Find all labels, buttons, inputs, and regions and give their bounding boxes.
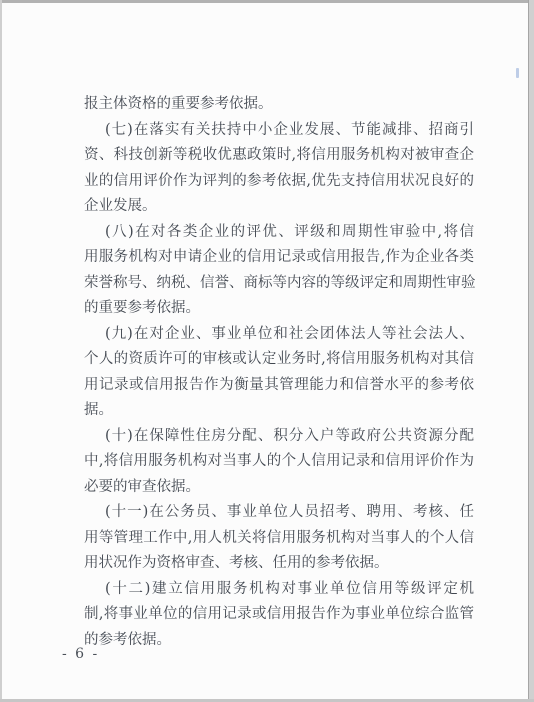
doc-line: 用状况作为资格审查、考核、任用的参考依据。 (84, 551, 474, 577)
doc-line: 中,将信用服务机构对当事人的个人信用记录和信用评价作为 (84, 449, 474, 475)
doc-line: (十)在保障性住房分配、积分入户等政府公共资源分配 (84, 424, 474, 450)
doc-line: 用等管理工作中,用人机关将信用服务机构对当事人的个人信 (84, 526, 474, 552)
doc-line: 荣誉称号、纳税、信誉、商标等内容的等级评定和周期性审验 (84, 271, 474, 297)
doc-line: 制,将事业单位的信用记录或信用报告作为事业单位综合监管 (84, 602, 474, 628)
scan-edge-top (0, 0, 534, 3)
document-body: 报主体资格的重要参考依据。 (七)在落实有关扶持中小企业发展、节能减排、招商引 … (84, 92, 474, 653)
scan-edge-right (528, 0, 534, 702)
doc-line: 企业发展。 (84, 194, 474, 220)
doc-line: (十二)建立信用服务机构对事业单位信用等级评定机 (84, 577, 474, 603)
doc-line: 据。 (84, 398, 474, 424)
doc-line: (九)在对企业、事业单位和社会团体法人等社会法人、 (84, 322, 474, 348)
doc-line: 的参考依据。 (84, 628, 474, 654)
doc-line: 用记录或信用报告作为衡量其管理能力和信誉水平的参考依 (84, 373, 474, 399)
doc-line: 个人的资质许可的审核或认定业务时,将信用服务机构对其信 (84, 347, 474, 373)
doc-line: (七)在落实有关扶持中小企业发展、节能减排、招商引 (84, 118, 474, 144)
page-number: - 6 - (62, 645, 99, 663)
doc-line: 必要的审查依据。 (84, 475, 474, 501)
doc-line: 报主体资格的重要参考依据。 (84, 92, 474, 118)
scan-artifact-mark (516, 68, 519, 78)
scan-edge-left (0, 0, 2, 702)
doc-line: (十一)在公务员、事业单位人员招考、聘用、考核、任 (84, 500, 474, 526)
doc-line: 用服务机构对申请企业的信用记录或信用报告,作为企业各类 (84, 245, 474, 271)
doc-line: 资、科技创新等税收优惠政策时,将信用服务机构对被审查企 (84, 143, 474, 169)
doc-line: 业的信用评价作为评判的参考依据,优先支持信用状况良好的 (84, 169, 474, 195)
doc-line: 的重要参考依据。 (84, 296, 474, 322)
doc-line: (八)在对各类企业的评优、评级和周期性审验中,将信 (84, 220, 474, 246)
